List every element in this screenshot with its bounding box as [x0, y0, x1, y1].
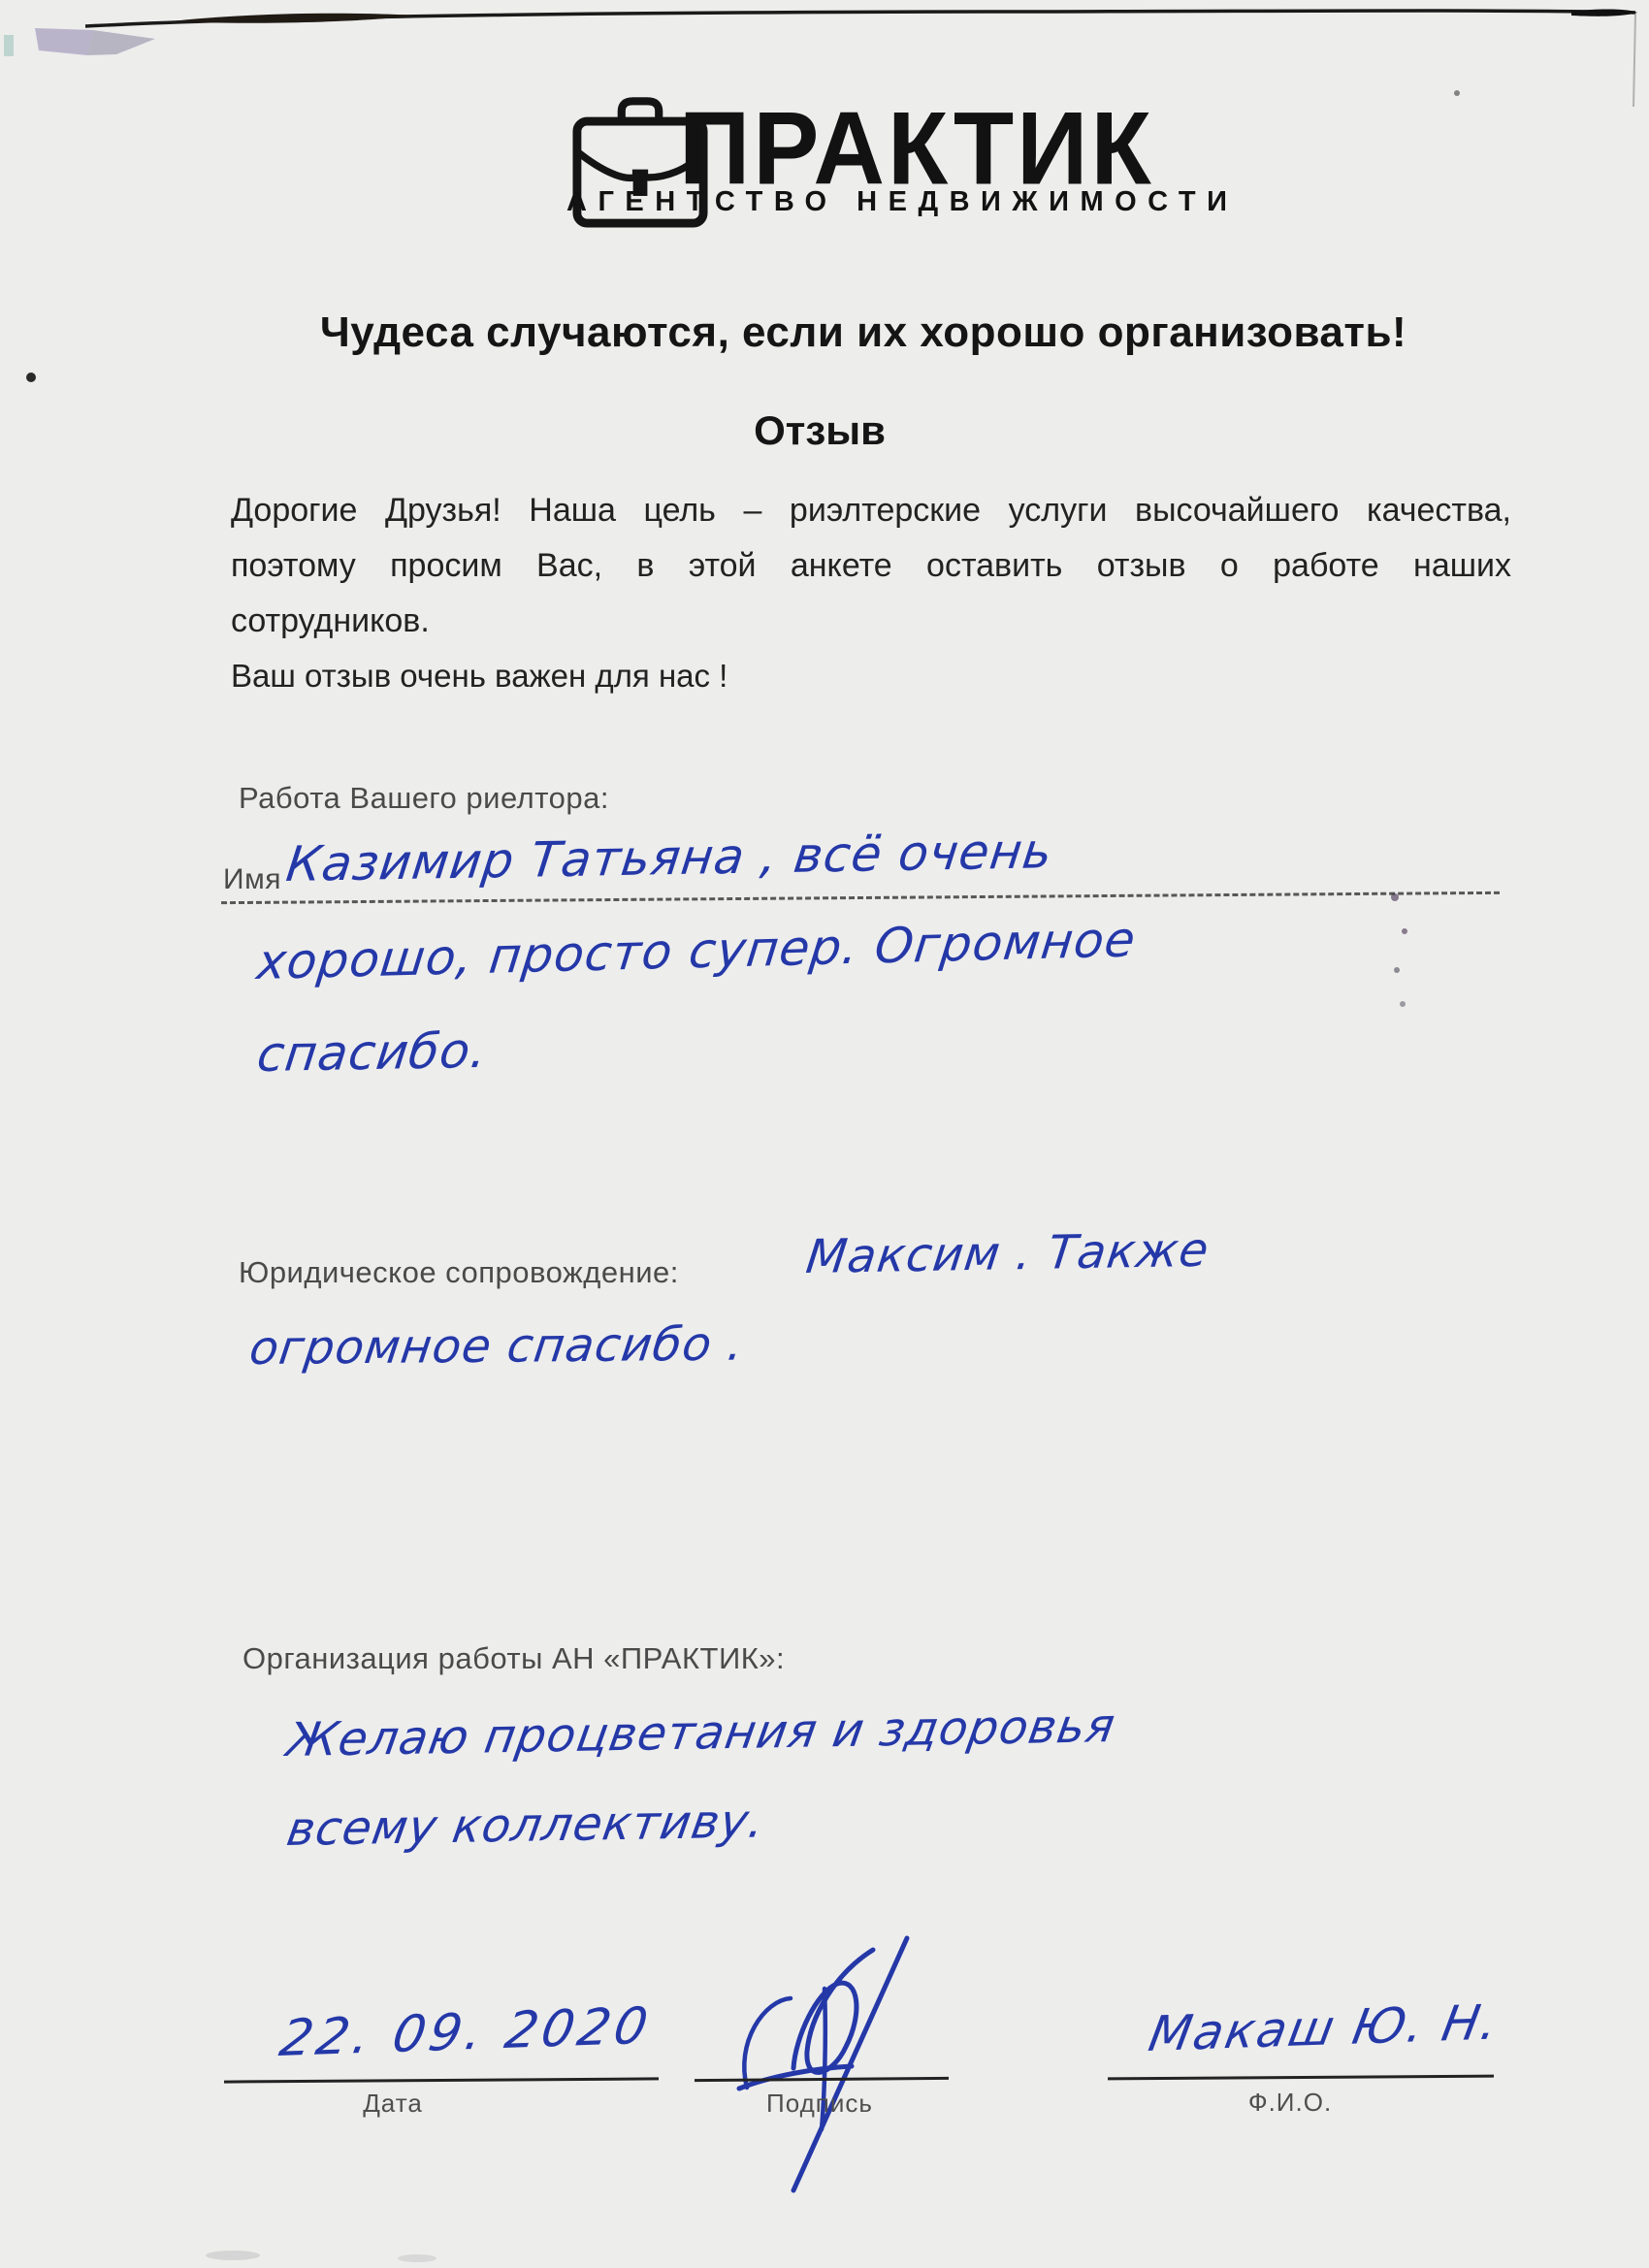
name-field-label: Имя [223, 863, 281, 896]
form-title: Отзыв [233, 407, 1406, 454]
fio-label: Ф.И.О. [1217, 2088, 1363, 2118]
intro-line-1: Дорогие Друзья! Наша цель – риэлтерские … [231, 483, 1511, 538]
intro-paragraph: Дорогие Друзья! Наша цель – риэлтерские … [231, 483, 1511, 649]
intro-line-2: поэтому просим Вас, в этой анкете остави… [231, 538, 1511, 594]
handwritten-legal-line-1: Максим . Также [803, 1223, 1212, 1284]
brand-name: ПРАКТИК [679, 96, 1154, 200]
signature-label: Подпись [747, 2089, 892, 2119]
section-label-legal: Юридическое сопровождение: [239, 1255, 679, 1290]
note-text: Ваш отзыв очень важен для нас ! [231, 658, 727, 695]
handwritten-legal-line-2: огромное спасибо . [246, 1317, 747, 1376]
brand-subtitle: АГЕНТСТВО НЕДВИЖИМОСТИ [566, 186, 1238, 218]
signature [679, 1930, 999, 2202]
handwritten-organization-line-2: всему коллективу. [283, 1794, 769, 1857]
handwritten-realtor-line-3: спасибо. [254, 1022, 491, 1083]
section-label-realtor: Работа Вашего риелтора: [239, 781, 609, 816]
scanned-feedback-form: ПРАКТИК АГЕНТСТВО НЕДВИЖИМОСТИ Чудеса сл… [0, 0, 1649, 2268]
intro-line-3: сотрудников. [231, 594, 1511, 649]
section-label-organization: Организация работы АН «ПРАКТИК»: [242, 1641, 785, 1676]
date-label: Дата [320, 2089, 466, 2119]
headline: Чудеса случаются, если их хорошо организ… [233, 308, 1494, 357]
